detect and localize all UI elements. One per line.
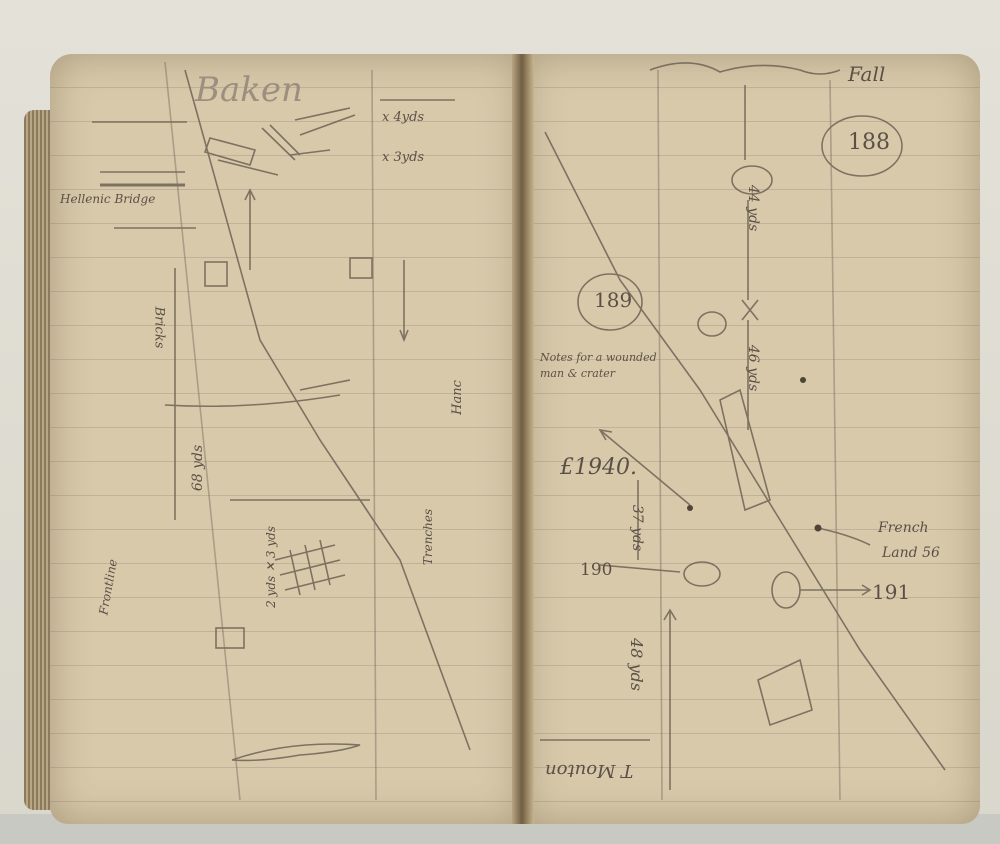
- label-44yds: 44 yds: [745, 185, 761, 231]
- pencil-sketches: [0, 0, 1000, 844]
- label-amount: £1940.: [560, 455, 637, 480]
- label-46yds: 46 yds: [745, 345, 761, 391]
- label-left-1: Hellenic Bridge: [60, 192, 155, 206]
- label-left-yds-1: x 4yds: [382, 110, 424, 125]
- label-189: 189: [594, 288, 632, 312]
- label-191: 191: [872, 580, 910, 604]
- label-48yds: 48 yds: [627, 638, 646, 691]
- label-2yds-3yds: 2 yds ✕ 3 yds: [264, 526, 278, 608]
- label-fall: Fall: [848, 62, 885, 86]
- label-hanc: Hanc: [450, 380, 465, 415]
- label-37yds: 37 yds: [629, 505, 645, 551]
- label-french: French: [878, 520, 929, 536]
- label-left-yds-2: x 3yds: [382, 150, 424, 165]
- label-68yds: 68 yds: [190, 445, 206, 491]
- label-188: 188: [848, 130, 890, 155]
- label-notes: Notes for a wounded man & crater: [540, 350, 660, 382]
- label-mouton: T Mouton: [545, 760, 633, 781]
- page-title-baken: Baken: [195, 70, 303, 110]
- label-land: Land 56: [882, 545, 940, 561]
- label-190: 190: [580, 560, 612, 580]
- label-bricks: Bricks: [151, 307, 166, 349]
- label-trenches: Trenches: [421, 509, 435, 565]
